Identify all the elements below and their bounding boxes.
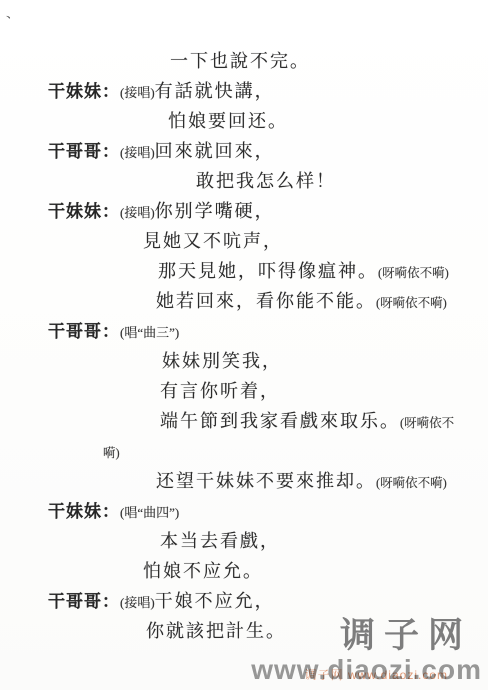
script-line: 她若回來，看你能不能。(呀嗬依不嗬) — [0, 286, 488, 316]
script-line: 見她又不吭声， — [0, 226, 488, 256]
script-line: 嗬) — [0, 436, 488, 466]
script-line: 端午節到我家看戲來取乐。(呀嗬依不 — [0, 406, 488, 436]
watermark-site-name: 调子网 — [340, 608, 472, 658]
line-text: 干娘不应允， — [155, 591, 275, 611]
script-line: 怕娘要回还。 — [0, 106, 488, 136]
line-text: 端午節到我家看戲來取乐。 — [160, 411, 400, 431]
script-line: 敢把我怎么样！ — [0, 166, 488, 196]
line-text: 敢把我怎么样！ — [196, 171, 336, 191]
line-text: 本当去看戲， — [160, 531, 280, 551]
vocable-aside: (呀嗬依不嗬) — [376, 296, 447, 310]
script-line: 一下也說不完。 — [0, 46, 488, 76]
line-text: 她若回來，看你能不能。 — [156, 291, 376, 311]
line-text: 你就該把計生。 — [146, 621, 286, 641]
script-line: 妹妹別笑我， — [0, 346, 488, 376]
script-line: 有言你听着， — [0, 376, 488, 406]
line-text: 你别学嘴硬， — [155, 201, 275, 221]
stage-direction: (接唱) — [120, 205, 155, 220]
vocable-aside: (呀嗬依不 — [400, 416, 454, 430]
script-line: 干哥哥：(接唱)回來就回來， — [0, 136, 488, 166]
line-text: 回來就回來， — [155, 141, 275, 161]
speaker-label: 干哥哥： — [48, 592, 120, 611]
watermark-site-url: www.diaozi.com — [251, 654, 482, 686]
speaker-label: 干妹妹： — [48, 202, 120, 221]
document-page: 、 一下也說不完。 干妹妹：(接唱)有話就快講， 怕娘要回还。 干哥哥：(接唱)… — [0, 0, 488, 690]
stage-direction: (接唱) — [120, 85, 155, 100]
vocable-aside: (呀嗬依不嗬) — [376, 476, 447, 490]
speaker-label: 干妹妹： — [48, 502, 120, 521]
stage-direction: (接唱) — [120, 145, 155, 160]
script-line: 怕娘不应允。 — [0, 556, 488, 586]
script-line: 本当去看戲， — [0, 526, 488, 556]
script-body: 一下也說不完。 干妹妹：(接唱)有話就快講， 怕娘要回还。 干哥哥：(接唱)回來… — [0, 46, 488, 646]
line-text: 怕娘不应允。 — [143, 561, 263, 581]
script-line: 干哥哥：(唱“曲三”) — [0, 316, 488, 346]
line-text: 怕娘要回还。 — [168, 111, 288, 131]
vocable-aside: 嗬) — [103, 446, 120, 460]
speaker-label: 干哥哥： — [48, 142, 120, 161]
stage-direction: (唱“曲三”) — [120, 325, 179, 340]
script-line: 还望干妹妹不要來推却。(呀嗬依不嗬) — [0, 466, 488, 496]
line-text: 有話就快講， — [155, 81, 275, 101]
stage-direction: (接唱) — [120, 595, 155, 610]
script-line: 干妹妹：(接唱)你别学嘴硬， — [0, 196, 488, 226]
vocable-aside: (呀嗬依不嗬) — [378, 266, 449, 280]
line-text: 那天見她，吓得像瘟神。 — [158, 261, 378, 281]
line-text: 妹妹別笑我， — [162, 351, 282, 371]
script-line: 那天見她，吓得像瘟神。(呀嗬依不嗬) — [0, 256, 488, 286]
speaker-label: 干妹妹： — [48, 82, 120, 101]
line-text: 見她又不吭声， — [143, 231, 283, 251]
speaker-label: 干哥哥： — [48, 322, 120, 341]
script-line: 干妹妹：(接唱)有話就快講， — [0, 76, 488, 106]
line-text: 有言你听着， — [160, 381, 280, 401]
corner-mark: 、 — [3, 1, 20, 22]
script-line: 干妹妹：(唱“曲四”) — [0, 496, 488, 526]
line-text: 一下也說不完。 — [170, 51, 310, 71]
line-text: 还望干妹妹不要來推却。 — [156, 471, 376, 491]
stage-direction: (唱“曲四”) — [120, 505, 179, 520]
